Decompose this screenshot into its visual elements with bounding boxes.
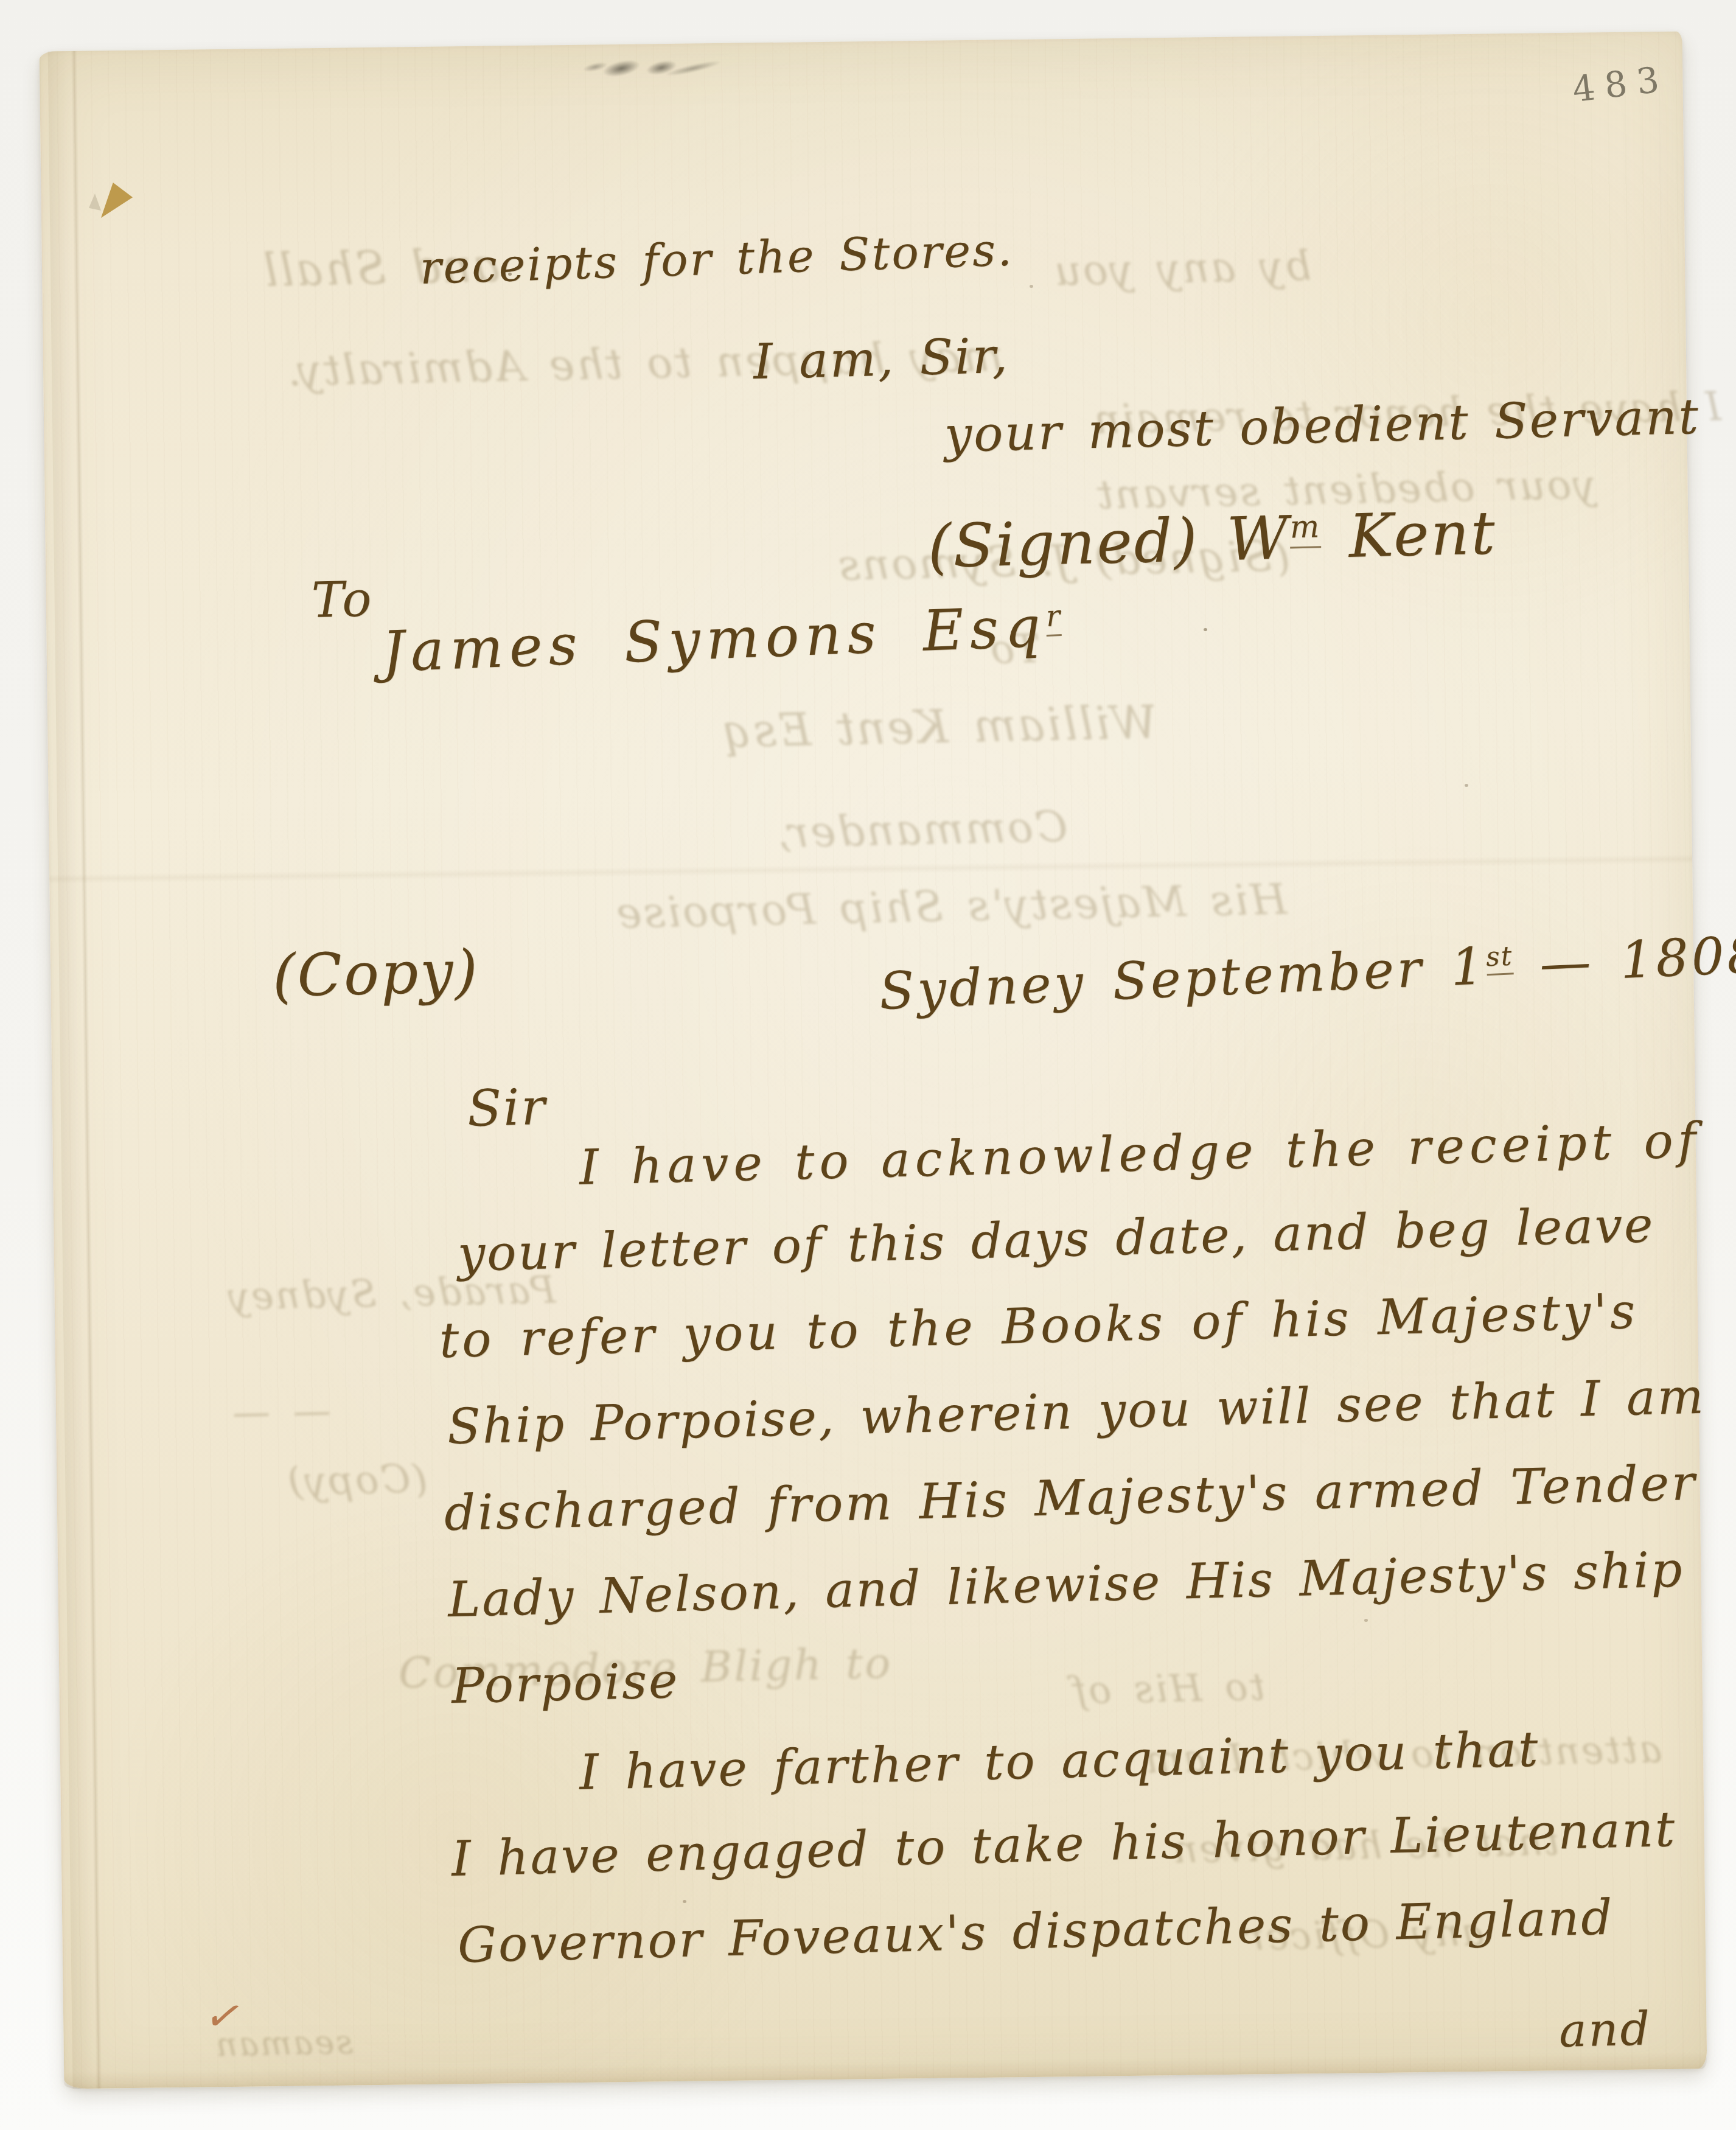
dateline-superscript: st xyxy=(1485,940,1513,976)
bleedthrough-text: — — xyxy=(232,1388,333,1434)
copy-label: (Copy) xyxy=(272,937,480,1010)
line-signed-wm-kent: (Signed) Wm Kent xyxy=(927,498,1497,582)
line-to-label: To xyxy=(311,571,374,629)
scanned-manuscript: and Shall by any you may happen to the A… xyxy=(0,0,1736,2130)
body-line: Porpoise xyxy=(451,1652,680,1714)
line-i-am-sir: I am, Sir, xyxy=(753,327,1010,390)
signed-label: (Signed) W xyxy=(927,503,1291,582)
ink-speck xyxy=(1364,1619,1368,1622)
catchword: and xyxy=(1558,2001,1652,2058)
salutation: Sir xyxy=(467,1078,548,1138)
bleedthrough-text: Commander, xyxy=(775,801,1068,857)
bleedthrough-text: by any you xyxy=(1052,242,1312,296)
ink-speck xyxy=(1030,285,1033,288)
signed-name: Kent xyxy=(1320,498,1497,572)
ink-speck xyxy=(1465,784,1468,787)
dateline-year: — 1808 – xyxy=(1512,922,1736,994)
bleedthrough-text: (Copy) xyxy=(285,1457,428,1505)
bleedthrough-text: William Kent Esq xyxy=(720,697,1157,758)
signed-superscript: m xyxy=(1289,509,1321,549)
ink-speck xyxy=(1204,628,1207,631)
ink-speck xyxy=(683,1900,686,1903)
addressee-superscript: r xyxy=(1045,599,1062,637)
bleedthrough-text: to His of xyxy=(1070,1664,1265,1713)
